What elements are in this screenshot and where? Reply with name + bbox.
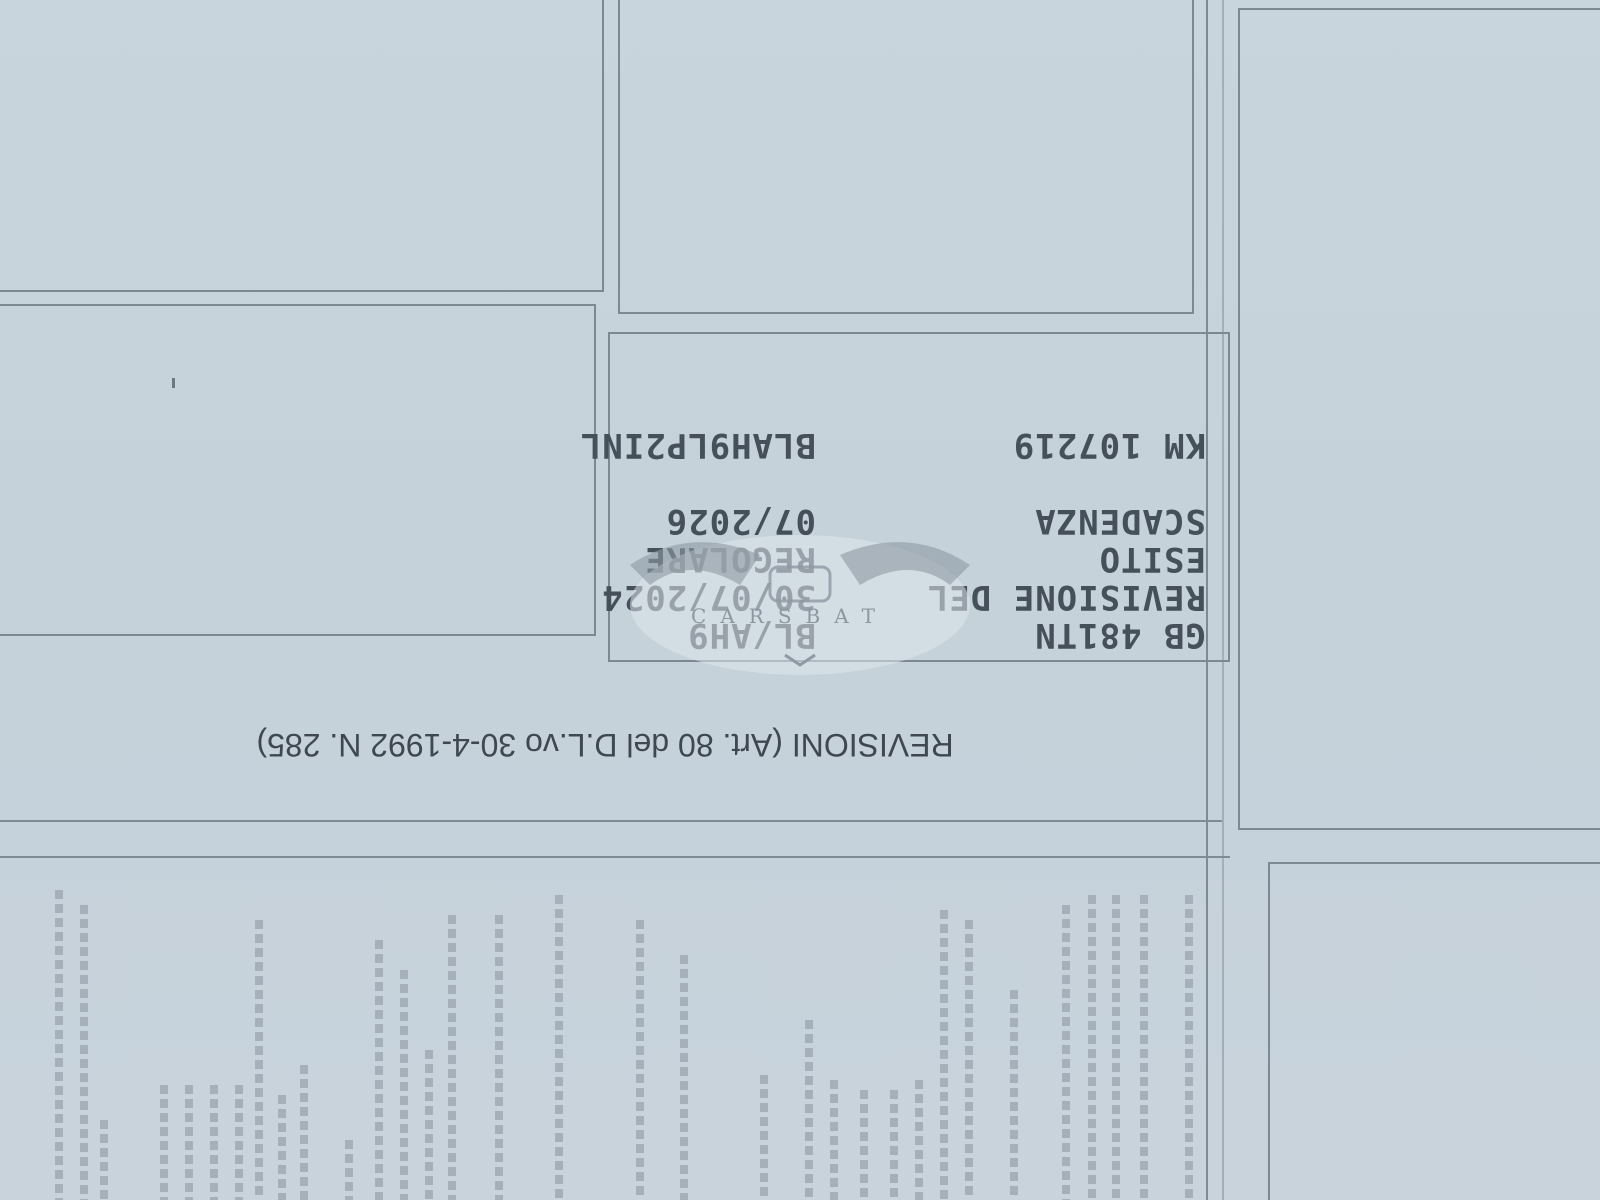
section-rule	[0, 856, 1230, 858]
fine-print-line	[1185, 895, 1193, 1200]
fine-print-line	[300, 1065, 308, 1200]
fine-print-line	[55, 890, 63, 1200]
empty-box-right-bottom	[1268, 862, 1600, 1200]
empty-box-top-left	[0, 0, 604, 292]
fine-print-line	[1140, 895, 1148, 1200]
fine-print-line	[1112, 895, 1120, 1200]
section-heading: REVISIONI (Art. 80 del D.L.vo 30-4-1992 …	[205, 726, 1005, 763]
km-code: BLAH9LP2INL	[580, 425, 816, 465]
fine-print-line	[760, 1075, 768, 1200]
stamp-row-km: KM 107219BLAH9LP2INL	[580, 426, 1206, 464]
fine-print-line	[805, 1020, 813, 1200]
empty-box-middle-left	[0, 304, 596, 636]
fine-print-line	[100, 1120, 108, 1200]
fine-print-line	[555, 895, 563, 1200]
empty-box-top-middle	[618, 0, 1194, 314]
fine-print-line	[425, 1050, 433, 1200]
fine-print-line	[495, 915, 503, 1200]
fine-print-line	[235, 1085, 243, 1200]
fine-print-line	[210, 1085, 218, 1200]
fine-print-line	[890, 1090, 898, 1200]
section-rule	[0, 820, 1222, 822]
fine-print-line	[255, 920, 263, 1200]
fine-print-line	[1062, 905, 1070, 1200]
fine-print-line	[636, 920, 644, 1200]
fine-print-line	[448, 915, 456, 1200]
fine-print-line	[80, 905, 88, 1200]
fine-print-line	[965, 920, 973, 1200]
fine-print-line	[160, 1085, 168, 1200]
fine-print-line	[185, 1085, 193, 1200]
fine-print-line	[1088, 895, 1096, 1200]
ink-speck	[172, 378, 175, 388]
fine-print-line	[400, 970, 408, 1200]
fine-print-line	[278, 1095, 286, 1200]
carsbat-watermark-logo	[620, 515, 980, 675]
km-label: KM 107219	[816, 426, 1206, 464]
fine-print-line	[1010, 990, 1018, 1200]
fine-print-line	[940, 910, 948, 1200]
fine-print-line	[830, 1080, 838, 1200]
fine-print-line	[860, 1090, 868, 1200]
fine-print-line	[375, 940, 383, 1200]
watermark-text: CARSBAT	[680, 604, 900, 628]
fine-print-line	[915, 1080, 923, 1200]
fine-print-line	[345, 1140, 353, 1200]
empty-box-right-top	[1238, 8, 1600, 830]
fine-print-line	[680, 955, 688, 1200]
